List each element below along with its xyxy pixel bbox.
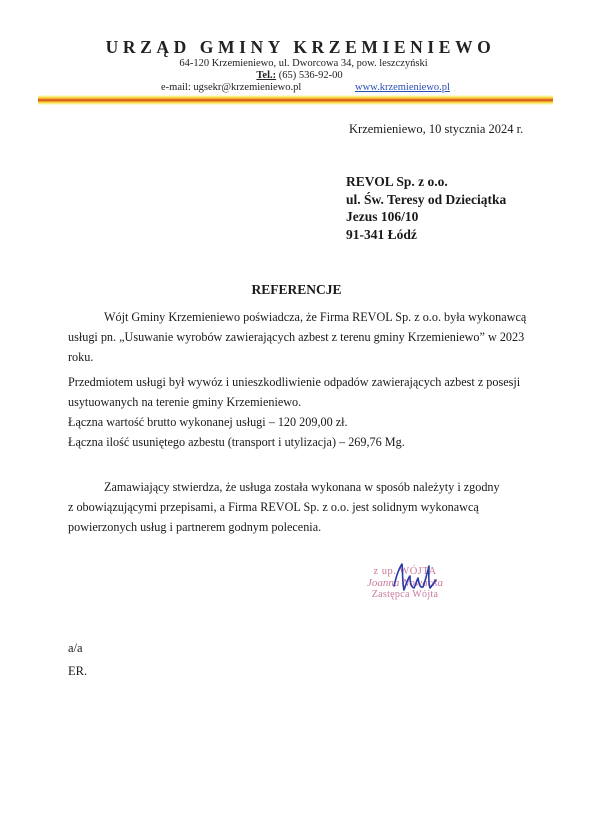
text-line: usługi pn. „Usuwanie wyrobów zawierający… [68, 327, 538, 347]
paragraph-conclusion: Zamawiający stwierdza, że usługa została… [68, 477, 538, 537]
recipient-line: Jezus 106/10 [346, 208, 506, 226]
phone-value: (65) 536-92-00 [279, 70, 343, 81]
total-value-line: Łączna wartość brutto wykonanej usługi –… [68, 412, 538, 432]
phone-label: Tel.: [256, 70, 276, 81]
office-address: 64-120 Krzemieniewo, ul. Dworcowa 34, po… [0, 58, 593, 70]
footer-archive-note: a/a [68, 641, 83, 656]
paragraph-certification: Wójt Gminy Krzemieniewo poświadcza, że F… [68, 307, 538, 367]
office-website-link[interactable]: www.krzemieniewo.pl [355, 82, 450, 94]
recipient-line: 91-341 Łódź [346, 226, 506, 244]
handwritten-signature [388, 560, 448, 600]
office-phone: Tel.: (65) 536-92-00 [0, 70, 593, 82]
letterhead-stripe [38, 95, 553, 105]
date-line: Krzemieniewo, 10 stycznia 2024 r. [349, 122, 523, 137]
footer-initials: ER. [68, 664, 87, 679]
text-line: Wójt Gminy Krzemieniewo poświadcza, że F… [68, 307, 538, 327]
text-line: z obowiązującymi przepisami, a Firma REV… [68, 497, 538, 517]
total-quantity-line: Łączna ilość usuniętego azbestu (transpo… [68, 432, 538, 452]
text-line: powierzonych usług i partnerem godnym po… [68, 517, 538, 537]
recipient-address: REVOL Sp. z o.o. ul. Św. Teresy od Dziec… [346, 173, 506, 243]
text-line: Przedmiotem usługi był wywóz i unieszkod… [68, 372, 538, 392]
recipient-line: REVOL Sp. z o.o. [346, 173, 506, 191]
text-line: usytuowanych na terenie gminy Krzemienie… [68, 392, 538, 412]
recipient-line: ul. Św. Teresy od Dzieciątka [346, 191, 506, 209]
text-line: roku. [68, 347, 538, 367]
paragraph-service-details: Przedmiotem usługi był wywóz i unieszkod… [68, 372, 538, 452]
document-title: REFERENCJE [0, 282, 593, 298]
office-email: e-mail: ugsekr@krzemieniewo.pl [161, 82, 301, 94]
office-name: URZĄD GMINY KRZEMIENIEWO [0, 37, 593, 58]
text-line: Zamawiający stwierdza, że usługa została… [68, 477, 538, 497]
